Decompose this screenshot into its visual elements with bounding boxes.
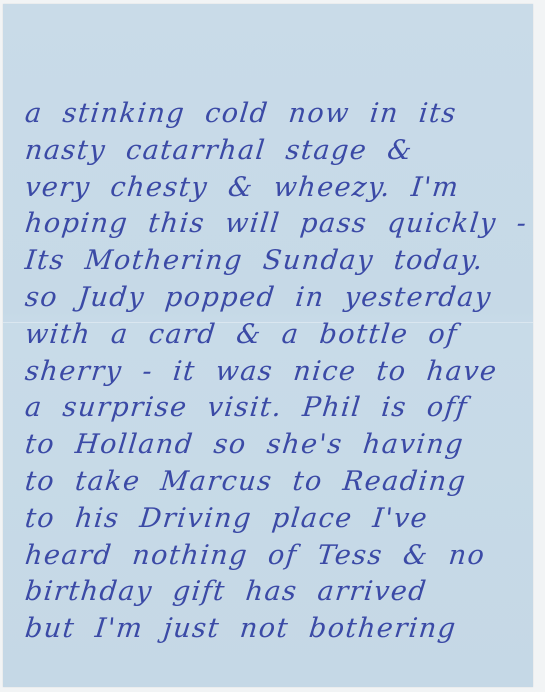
letter-page: a stinking cold now in its nasty catarrh… xyxy=(3,4,533,687)
letter-line: a stinking cold now in its xyxy=(23,96,527,133)
letter-line: so Judy popped in yesterday xyxy=(23,280,527,317)
letter-line: hoping this will pass quickly - xyxy=(23,206,527,243)
letter-line: to take Marcus to Reading xyxy=(23,464,527,501)
letter-line: to Holland so she's having xyxy=(23,427,527,464)
handwritten-text: a stinking cold now in its nasty catarrh… xyxy=(25,96,525,648)
letter-line: with a card & a bottle of xyxy=(23,317,527,354)
letter-line: to his Driving place I've xyxy=(23,501,527,538)
letter-line: a surprise visit. Phil is off xyxy=(23,390,527,427)
letter-line: Its Mothering Sunday today. xyxy=(23,243,527,280)
letter-line: but I'm just not bothering xyxy=(23,611,527,648)
letter-line: birthday gift has arrived xyxy=(23,574,527,611)
letter-line: heard nothing of Tess & no xyxy=(23,538,527,575)
letter-line: nasty catarrhal stage & xyxy=(23,133,527,170)
letter-line: very chesty & wheezy. I'm xyxy=(23,170,527,207)
letter-line: sherry - it was nice to have xyxy=(23,354,527,391)
